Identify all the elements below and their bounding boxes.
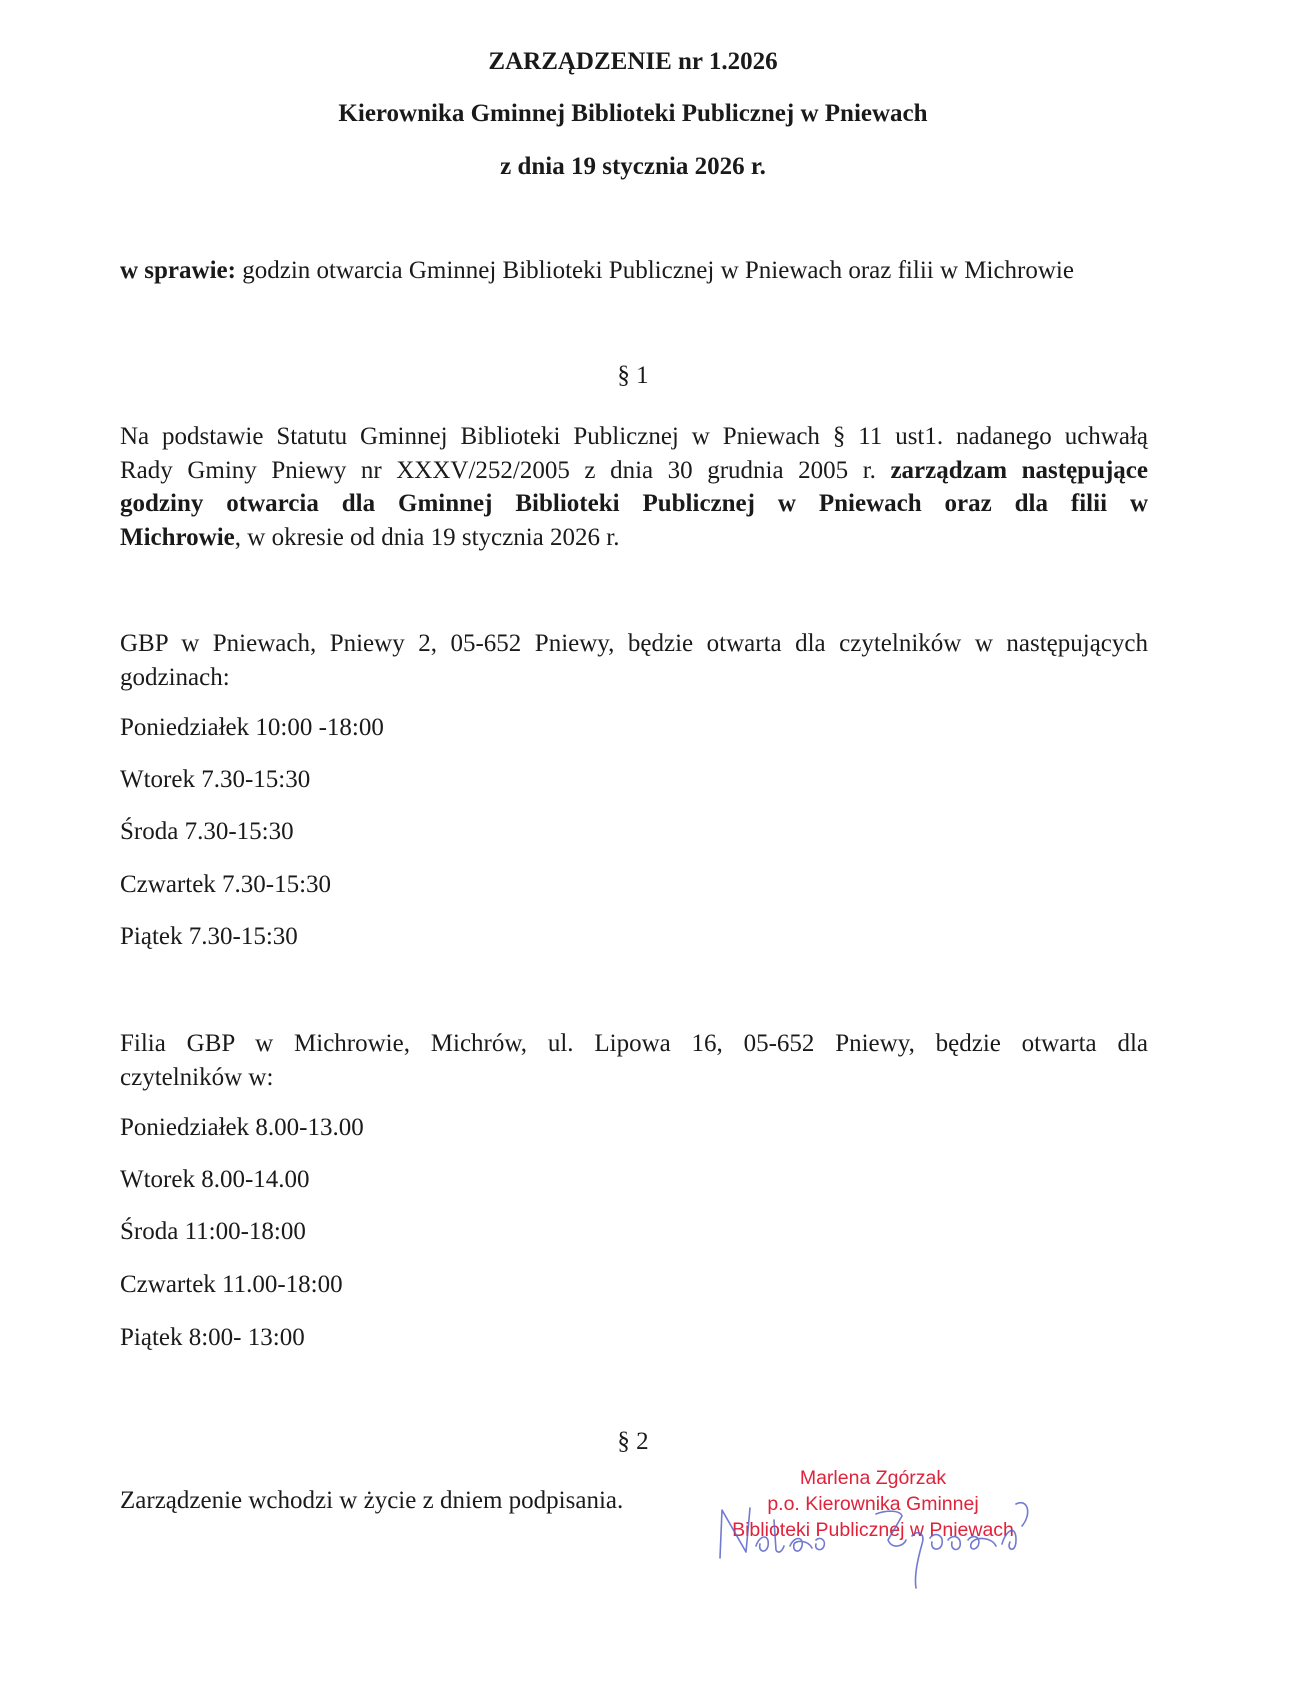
effective-date-statement: Zarządzenie wchodzi w życie z dniem podp… (120, 1487, 623, 1515)
paragraph-line: Na podstawie Statutu Gminnej Biblioteki … (120, 420, 1148, 454)
main-library-intro: GBP w Pniewach, Pniewy 2, 05-652 Pniewy,… (120, 627, 1148, 694)
hours-row-tuesday: Wtorek 8.00-14.00 (120, 1166, 310, 1194)
hours-row-wednesday: Środa 7.30-15:30 (120, 818, 294, 846)
stamp-role-line-2: Biblioteki Publicznej w Pniewach (718, 1517, 1028, 1543)
hours-row-tuesday: Wtorek 7.30-15:30 (120, 766, 310, 794)
hours-row-monday: Poniedziałek 10:00 -18:00 (120, 714, 384, 742)
section-1-paragraph: Na podstawie Statutu Gminnej Biblioteki … (120, 420, 1148, 554)
hours-row-friday: Piątek 8:00- 13:00 (120, 1324, 305, 1352)
paragraph-line: Michrowie, w okresie od dnia 19 stycznia… (120, 521, 1148, 555)
subject-line: w sprawie: godzin otwarcia Gminnej Bibli… (120, 257, 1074, 285)
hours-row-monday: Poniedziałek 8.00-13.00 (120, 1114, 364, 1142)
stamp-name: Marlena Zgórzak (718, 1465, 1028, 1491)
section-1-heading: § 1 (0, 362, 1266, 390)
document-title: ZARZĄDZENIE nr 1.2026 (0, 48, 1266, 76)
document-issuer: Kierownika Gminnej Biblioteki Publicznej… (0, 100, 1266, 128)
paragraph-line: Rady Gminy Pniewy nr XXXV/252/2005 z dni… (120, 454, 1148, 488)
paragraph-line: godziny otwarcia dla Gminnej Biblioteki … (120, 487, 1148, 521)
hours-row-wednesday: Środa 11:00-18:00 (120, 1218, 306, 1246)
subject-label: w sprawie: (120, 257, 236, 284)
section-2-heading: § 2 (0, 1428, 1266, 1456)
official-stamp: Marlena Zgórzak p.o. Kierownika Gminnej … (718, 1465, 1028, 1543)
stamp-role-line-1: p.o. Kierownika Gminnej (718, 1491, 1028, 1517)
hours-row-thursday: Czwartek 11.00-18:00 (120, 1271, 343, 1299)
branch-intro: Filia GBP w Michrowie, Michrów, ul. Lipo… (120, 1027, 1148, 1094)
subject-text: godzin otwarcia Gminnej Biblioteki Publi… (236, 257, 1074, 284)
hours-row-friday: Piątek 7.30-15:30 (120, 923, 298, 951)
document-date: z dnia 19 stycznia 2026 r. (0, 153, 1266, 181)
hours-row-thursday: Czwartek 7.30-15:30 (120, 871, 331, 899)
